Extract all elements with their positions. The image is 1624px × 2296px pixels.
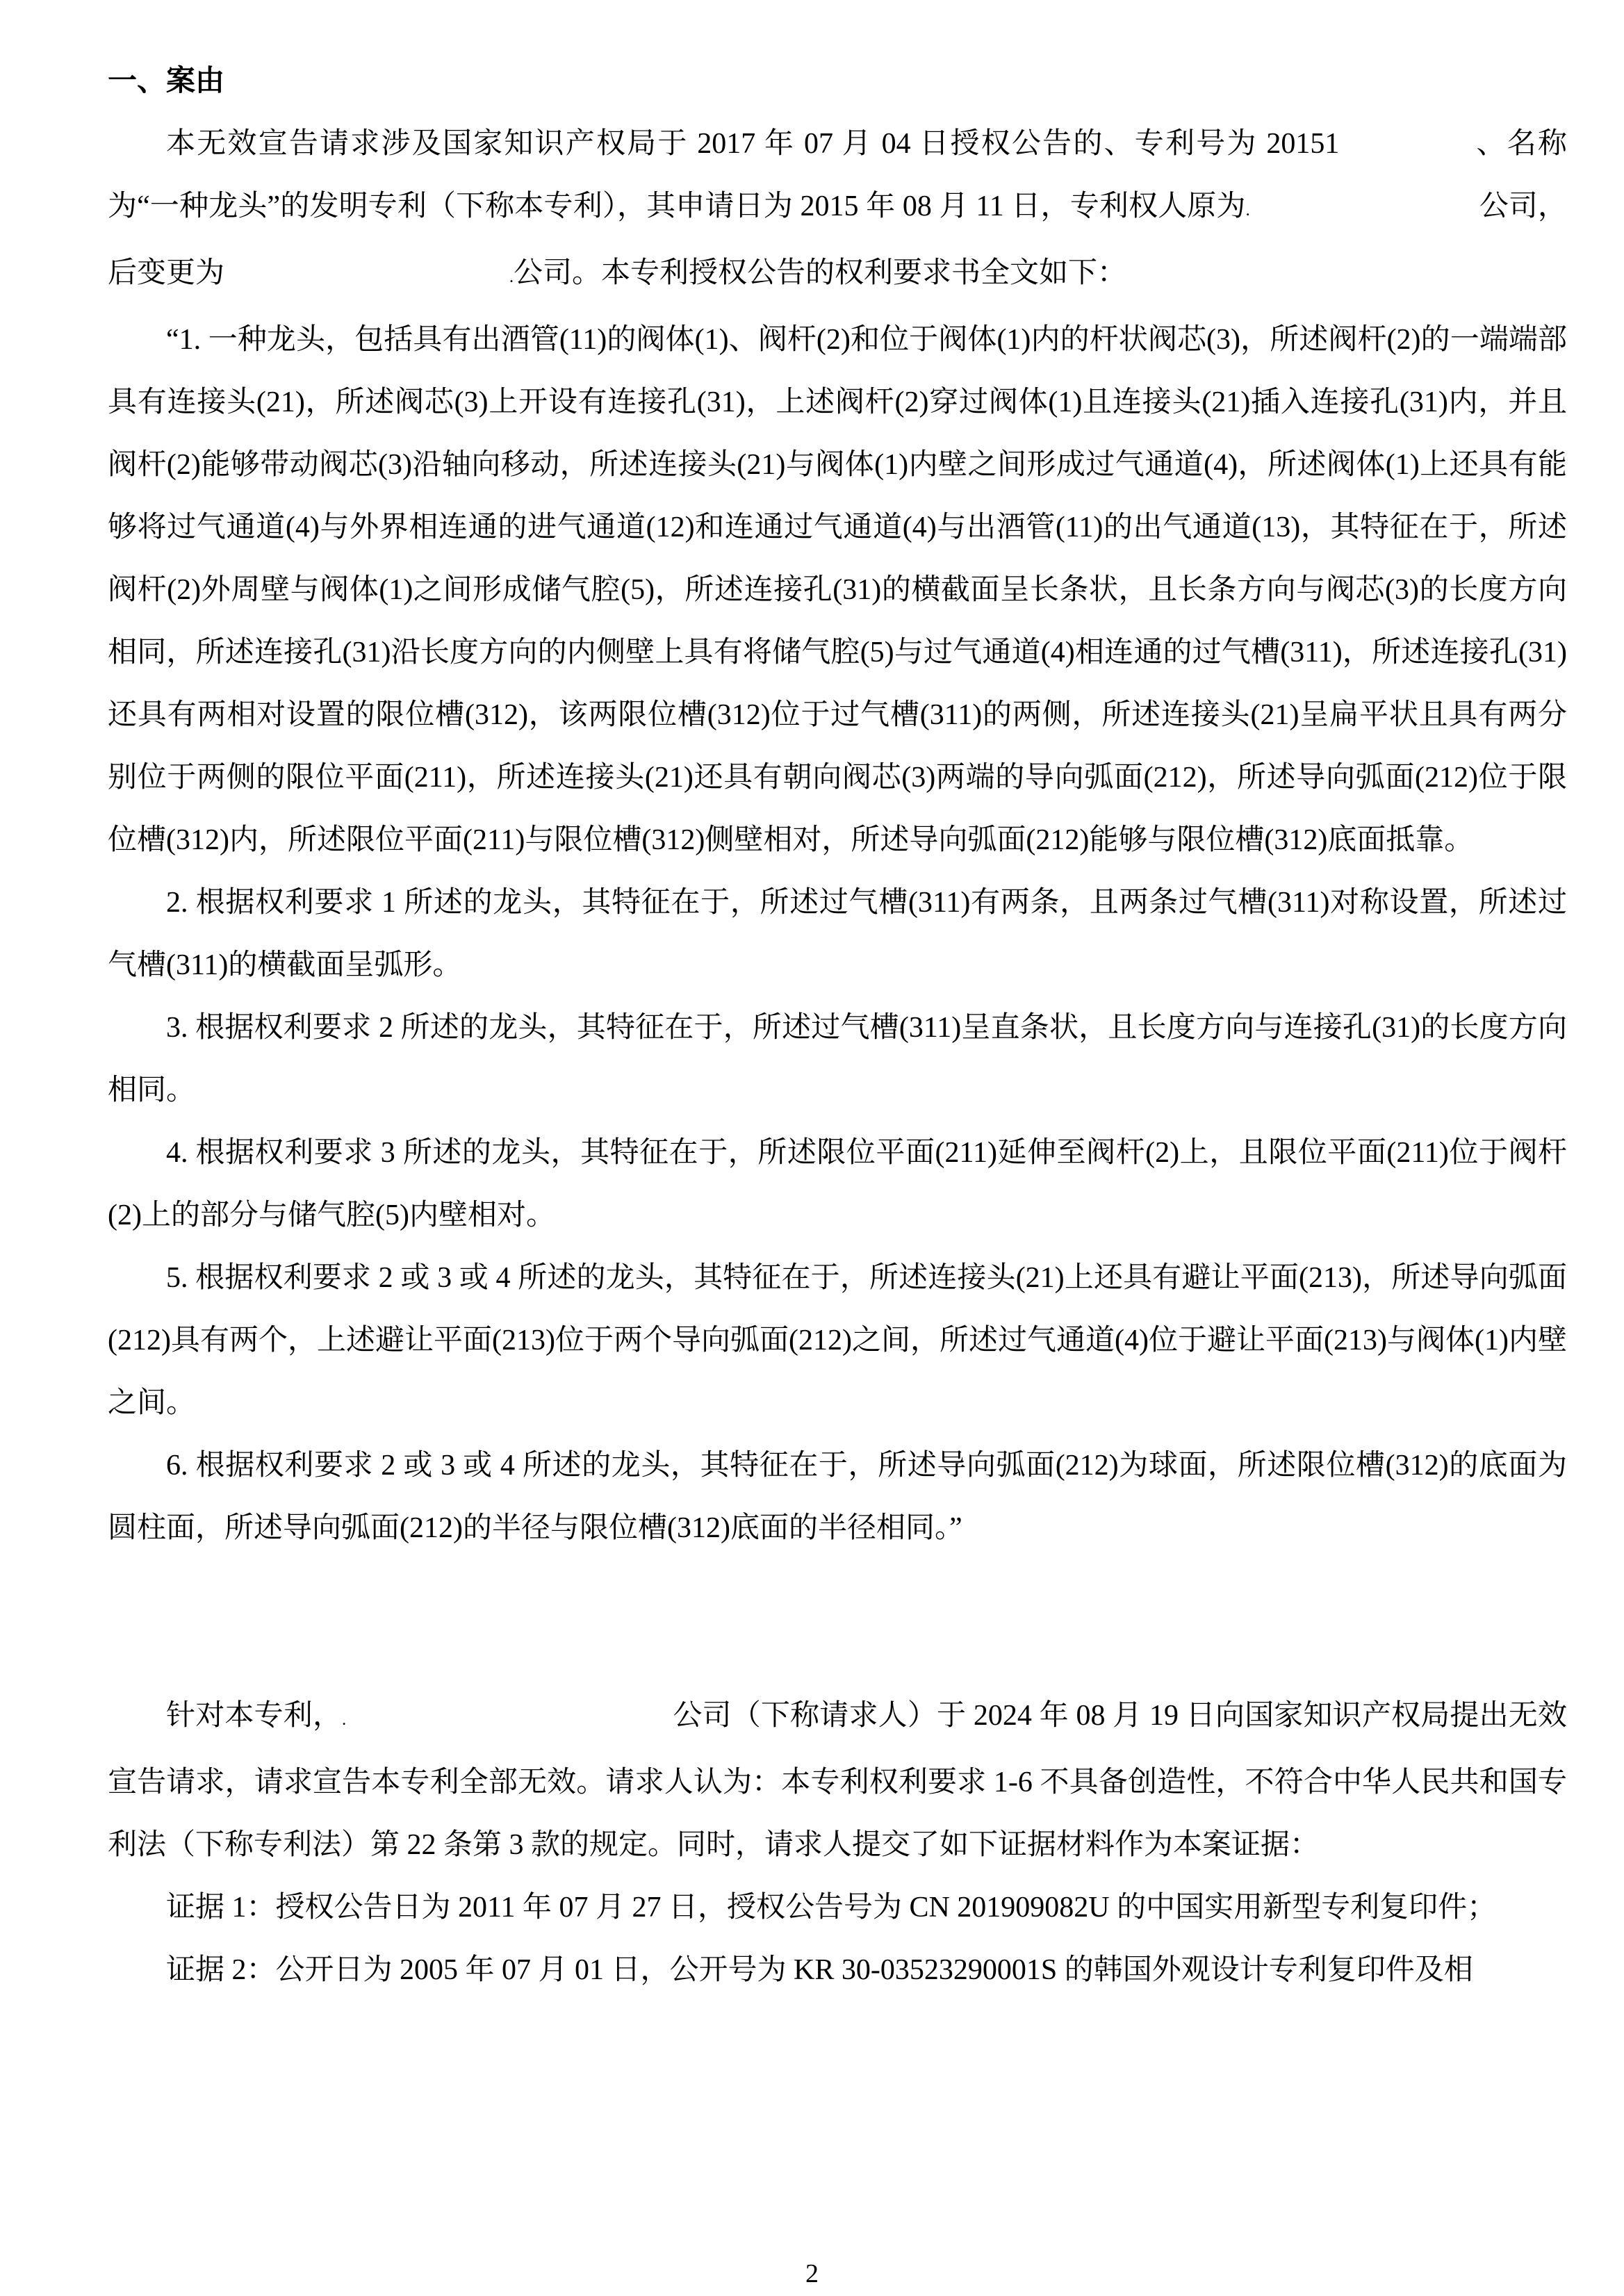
document-paragraphs: 本无效宣告请求涉及国家知识产权局于 2017 年 07 月 04 日授权公告的、… — [108, 113, 1567, 2001]
paragraph-evidence-1: 证据 1：授权公告日为 2011 年 07 月 27 日，授权公告号为 CN 2… — [108, 1876, 1567, 1939]
document-page: 一、案由 本无效宣告请求涉及国家知识产权局于 2017 年 07 月 04 日授… — [0, 0, 1624, 2296]
paragraph-evidence-2: 证据 2：公开日为 2005 年 07 月 01 日，公开号为 KR 30-03… — [108, 1939, 1567, 2001]
text-run: 证据 2：公开日为 2005 年 07 月 01 日，公开号为 KR 30-03… — [166, 1954, 1473, 1986]
paragraph-claim-1: “1. 一种龙头，包括具有出酒管(11)的阀体(1)、阀杆(2)和位于阀体(1)… — [108, 309, 1567, 871]
paragraph-intro: 本无效宣告请求涉及国家知识产权局于 2017 年 07 月 04 日授权公告的、… — [108, 113, 1567, 309]
redaction-mark: . — [342, 1711, 346, 1729]
redaction-gap — [1339, 152, 1475, 153]
text-run: 3. 根据权利要求 2 所述的龙头，其特征在于，所述过气槽(311)呈直条状，且… — [108, 1012, 1567, 1106]
paragraph-claim-4: 4. 根据权利要求 3 所述的龙头，其特征在于，所述限位平面(211)延伸至阀杆… — [108, 1122, 1567, 1247]
document-content: 一、案由 本无效宣告请求涉及国家知识产权局于 2017 年 07 月 04 日授… — [108, 50, 1567, 2001]
text-run: 证据 1：授权公告日为 2011 年 07 月 27 日，授权公告号为 CN 2… — [166, 1892, 1496, 1924]
text-run: 针对本专利， — [166, 1700, 342, 1732]
section-heading: 一、案由 — [108, 50, 1567, 113]
text-run: “1. 一种龙头，包括具有出酒管(11)的阀体(1)、阀杆(2)和位于阀体(1)… — [108, 324, 1567, 856]
paragraph-request: 针对本专利，.公司（下称请求人）于 2024 年 08 月 19 日向国家知识产… — [108, 1684, 1567, 1876]
paragraph-claim-3: 3. 根据权利要求 2 所述的龙头，其特征在于，所述过气槽(311)呈直条状，且… — [108, 997, 1567, 1122]
page-number: 2 — [0, 2260, 1624, 2288]
text-run: 公司。本专利授权公告的权利要求书全文如下： — [514, 257, 1126, 289]
text-run: 5. 根据权利要求 2 或 3 或 4 所述的龙头，其特征在于，所述连接头(21… — [108, 1262, 1567, 1419]
text-run: 4. 根据权利要求 3 所述的龙头，其特征在于，所述限位平面(211)延伸至阀杆… — [108, 1137, 1567, 1231]
redaction-gap — [224, 281, 509, 282]
paragraph-claim-2: 2. 根据权利要求 1 所述的龙头，其特征在于，所述过气槽(311)有两条，且两… — [108, 871, 1567, 997]
text-run: 本无效宣告请求涉及国家知识产权局于 2017 年 07 月 04 日授权公告的、… — [166, 128, 1339, 160]
text-run: 6. 根据权利要求 2 或 3 或 4 所述的龙头，其特征在于，所述导向弧面(2… — [108, 1450, 1567, 1544]
redaction-gap — [1250, 215, 1479, 215]
redaction-mark: . — [1246, 202, 1250, 220]
paragraph-claim-6: 6. 根据权利要求 2 或 3 或 4 所述的龙头，其特征在于，所述导向弧面(2… — [108, 1434, 1567, 1559]
text-run: 2. 根据权利要求 1 所述的龙头，其特征在于，所述过气槽(311)有两条，且两… — [108, 887, 1567, 981]
redaction-gap — [346, 1724, 673, 1725]
paragraph-claim-5: 5. 根据权利要求 2 或 3 或 4 所述的龙头，其特征在于，所述连接头(21… — [108, 1247, 1567, 1434]
